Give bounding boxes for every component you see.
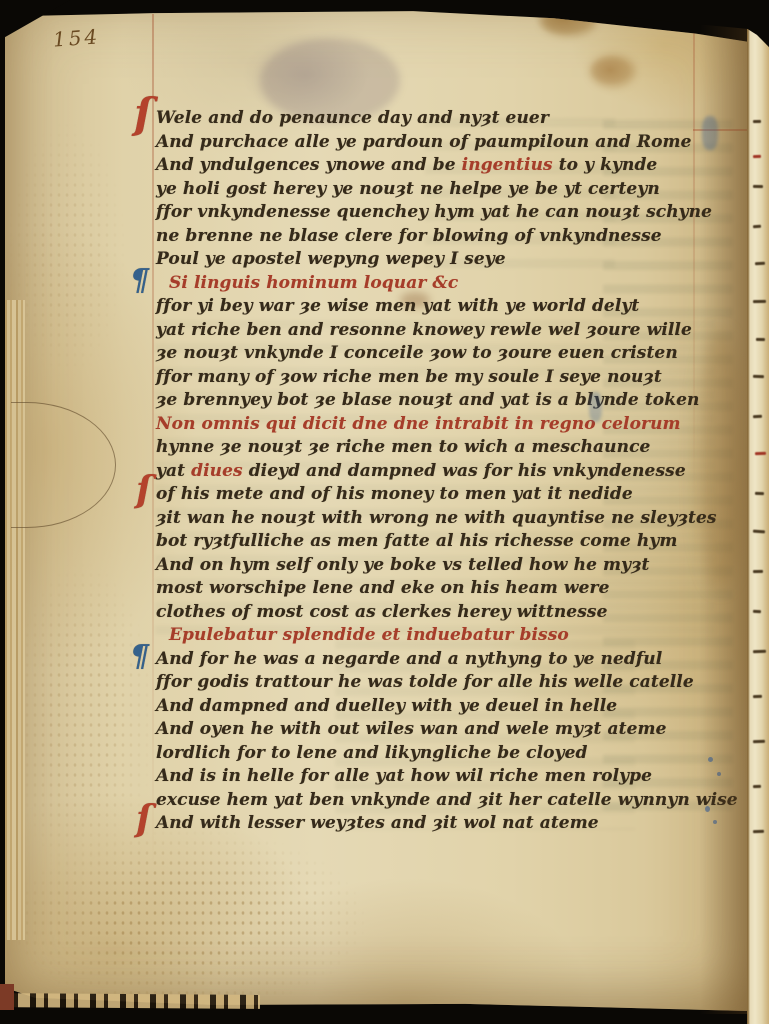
stacked-leaf-edges-left xyxy=(5,300,25,940)
body-text: ȝit wan he nouȝt with wrong ne with quay… xyxy=(156,508,717,528)
body-text: ffor godis trattour he was tolde for all… xyxy=(156,672,694,692)
vellum-speckle-texture xyxy=(7,120,127,380)
manuscript-line: ſWele and do penaunce day and nyȝt euer xyxy=(156,107,752,131)
fore-edge-tab-outline xyxy=(11,402,116,528)
body-text: ne brenne ne blase clere for blowing of … xyxy=(156,226,662,246)
blue-paraph-mark: ¶ xyxy=(130,645,149,669)
next-leaf-fore-edge xyxy=(747,0,769,1024)
fore-edge-text-glimpse xyxy=(753,740,765,743)
blue-paraph-mark: ¶ xyxy=(130,269,149,293)
stacked-leaf-edges-bottom xyxy=(0,993,260,1009)
body-text: And on hym self only ye boke vs telled h… xyxy=(156,555,649,575)
manuscript-line: hynne ȝe nouȝt ȝe riche men to wich a me… xyxy=(156,436,752,460)
blue-ink-offset-mark xyxy=(702,116,718,150)
manuscript-line: Epulebatur splendide et induebatur bisso xyxy=(156,624,752,648)
manuscript-page: 154 ſWele and do penaunce day and nyȝt e… xyxy=(5,0,747,1014)
fore-edge-text-glimpse xyxy=(756,338,765,341)
manuscript-line: yat diues dieyd and dampned was for his … xyxy=(156,460,752,484)
manuscript-line: Non omnis qui dicit dne dne intrabit in … xyxy=(156,413,752,437)
manuscript-line: And is in helle for alle yat how wil ric… xyxy=(156,765,752,789)
manuscript-line: ¶And for he was a negarde and a nythyng … xyxy=(156,648,752,672)
fore-edge-text-glimpse xyxy=(753,225,761,228)
binding-edge xyxy=(0,984,14,1010)
red-initial-paraph-mark: ſ xyxy=(134,102,152,126)
body-text: ffor yi bey war ȝe wise men yat with ye … xyxy=(156,296,639,316)
manuscript-line: ne brenne ne blase clere for blowing of … xyxy=(156,225,752,249)
ruling-line-vertical-left xyxy=(152,14,154,874)
body-text: And with lesser weyȝtes and ȝit wol nat … xyxy=(156,813,599,833)
folio-number: 154 xyxy=(52,24,101,51)
fore-edge-text-glimpse xyxy=(753,610,761,613)
manuscript-line: And on hym self only ye boke vs telled h… xyxy=(156,554,752,578)
body-text: most worschipe lene and eke on his heam … xyxy=(156,578,609,598)
manuscript-line: ¶Si linguis hominum loquar &c xyxy=(156,272,752,296)
manuscript-line: most worschipe lene and eke on his heam … xyxy=(156,577,752,601)
fore-edge-text-glimpse xyxy=(753,830,764,833)
blue-ink-spot xyxy=(705,806,710,812)
body-text: And yndulgences ynowe and be xyxy=(156,155,462,175)
fore-edge-text-glimpse xyxy=(753,155,761,158)
fore-edge-text-glimpse xyxy=(753,300,766,303)
manuscript-line: ſof his mete and of his money to men yat… xyxy=(156,483,752,507)
rubric-text: Non omnis qui dicit dne dne intrabit in … xyxy=(156,414,681,434)
red-paraph-mark: ſ xyxy=(136,479,152,503)
body-text: Wele and do penaunce day and nyȝt euer xyxy=(156,108,549,128)
blue-ink-spot xyxy=(708,757,713,762)
text-block: ſWele and do penaunce day and nyȝt euerA… xyxy=(156,107,752,836)
manuscript-line: And dampned and duelley with ye deuel in… xyxy=(156,695,752,719)
fore-edge-text-glimpse xyxy=(753,185,763,188)
manuscript-line: ȝe nouȝt vnkynde I conceile ȝow to ȝoure… xyxy=(156,342,752,366)
manuscript-line: bot ryȝtfulliche as men fatte al his ric… xyxy=(156,530,752,554)
fore-edge-text-glimpse xyxy=(753,415,762,418)
fore-edge-text-glimpse xyxy=(755,492,764,495)
fore-edge-text-glimpse xyxy=(753,785,761,788)
manuscript-line: ſAnd with lesser weyȝtes and ȝit wol nat… xyxy=(156,812,752,836)
body-text: ye holi gost herey ye nouȝt ne helpe ye … xyxy=(156,179,660,199)
body-text: And oyen he with out wiles wan and wele … xyxy=(156,719,667,739)
manuscript-line: ȝit wan he nouȝt with wrong ne with quay… xyxy=(156,507,752,531)
rubric-text: Epulebatur splendide et induebatur bisso xyxy=(169,625,569,645)
manuscript-line: And yndulgences ynowe and be ingentius t… xyxy=(156,154,752,178)
body-text: of his mete and of his money to men yat … xyxy=(156,484,633,504)
blue-ink-spot xyxy=(717,772,721,776)
body-text: Poul ye apostel wepyng wepey I seye xyxy=(156,249,506,269)
manuscript-line: ffor many of ȝow riche men be my soule I… xyxy=(156,366,752,390)
fore-edge-text-glimpse xyxy=(753,695,762,698)
manuscript-line: And purchace alle ye pardoun of paumpilo… xyxy=(156,131,752,155)
fore-edge-text-glimpse xyxy=(753,375,764,378)
body-text: ȝe brennyey bot ȝe blase nouȝt and yat i… xyxy=(156,390,699,410)
body-text: clothes of most cost as clerkes herey wi… xyxy=(156,602,607,622)
manuscript-line: clothes of most cost as clerkes herey wi… xyxy=(156,601,752,625)
body-text: excuse hem yat ben vnkynde and ȝit her c… xyxy=(156,790,738,810)
fore-edge-text-glimpse xyxy=(753,570,763,573)
rubric-text: diues xyxy=(191,461,243,481)
body-text: And for he was a negarde and a nythyng t… xyxy=(156,649,662,669)
body-text: yat riche ben and resonne knowey rewle w… xyxy=(156,320,692,340)
manuscript-line: yat riche ben and resonne knowey rewle w… xyxy=(156,319,752,343)
body-text: ffor many of ȝow riche men be my soule I… xyxy=(156,367,662,387)
body-text: yat xyxy=(156,461,191,481)
fore-edge-text-glimpse xyxy=(753,650,766,653)
body-text: hynne ȝe nouȝt ȝe riche men to wich a me… xyxy=(156,437,650,457)
body-text: And is in helle for alle yat how wil ric… xyxy=(156,766,652,786)
parchment-stain xyxy=(590,55,635,87)
body-text: ffor vnkyndenesse quenchey hym yat he ca… xyxy=(156,202,712,222)
manuscript-line: ȝe brennyey bot ȝe blase nouȝt and yat i… xyxy=(156,389,752,413)
rubric-text: ingentius xyxy=(462,155,553,175)
fore-edge-text-glimpse xyxy=(753,120,761,123)
manuscript-line: ffor vnkyndenesse quenchey hym yat he ca… xyxy=(156,201,752,225)
manuscript-line: ffor yi bey war ȝe wise men yat with ye … xyxy=(156,295,752,319)
manuscript-line: excuse hem yat ben vnkynde and ȝit her c… xyxy=(156,789,752,813)
red-paraph-mark: ſ xyxy=(136,808,152,832)
photograph-background: 154 ſWele and do penaunce day and nyȝt e… xyxy=(0,0,769,1024)
body-text: And purchace alle ye pardoun of paumpilo… xyxy=(156,132,692,152)
blue-ink-spot xyxy=(713,820,717,824)
fore-edge-text-glimpse xyxy=(755,262,765,265)
body-text: And dampned and duelley with ye deuel in… xyxy=(156,696,617,716)
fore-edge-text-glimpse xyxy=(755,452,766,455)
manuscript-line: And oyen he with out wiles wan and wele … xyxy=(156,718,752,742)
body-text: to y kynde xyxy=(553,155,658,175)
rubric-text: Si linguis hominum loquar &c xyxy=(169,273,458,293)
blue-ink-offset-mark xyxy=(589,392,602,422)
vellum-speckle-texture xyxy=(7,560,157,880)
body-text: dieyd and dampned was for his vnkyndenes… xyxy=(243,461,686,481)
body-text: ȝe nouȝt vnkynde I conceile ȝow to ȝoure… xyxy=(156,343,678,363)
body-text: bot ryȝtfulliche as men fatte al his ric… xyxy=(156,531,677,551)
manuscript-line: Poul ye apostel wepyng wepey I seye xyxy=(156,248,752,272)
manuscript-line: ye holi gost herey ye nouȝt ne helpe ye … xyxy=(156,178,752,202)
fore-edge-text-glimpse xyxy=(753,530,765,533)
manuscript-line: ffor godis trattour he was tolde for all… xyxy=(156,671,752,695)
body-text: lordlich for to lene and likyngliche be … xyxy=(156,743,588,763)
manuscript-line: lordlich for to lene and likyngliche be … xyxy=(156,742,752,766)
